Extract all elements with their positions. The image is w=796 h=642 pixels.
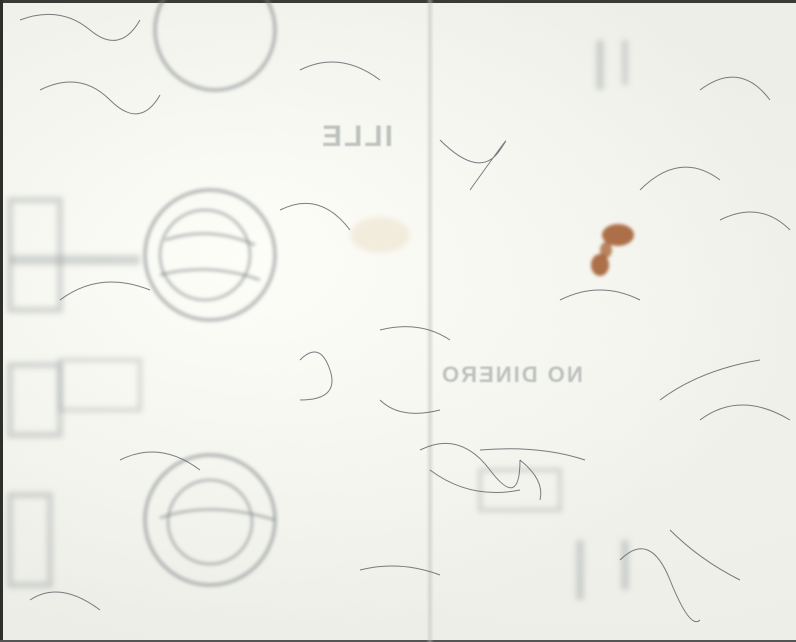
seal-circles bbox=[145, 0, 275, 585]
paper-fibers bbox=[20, 14, 790, 621]
scanned-paper: ILLE NO DINERO bbox=[0, 0, 796, 642]
bleed-through-frames bbox=[10, 40, 625, 600]
brown-stain bbox=[591, 224, 634, 276]
yellow-stain bbox=[350, 217, 410, 253]
paper-artwork bbox=[0, 0, 796, 642]
